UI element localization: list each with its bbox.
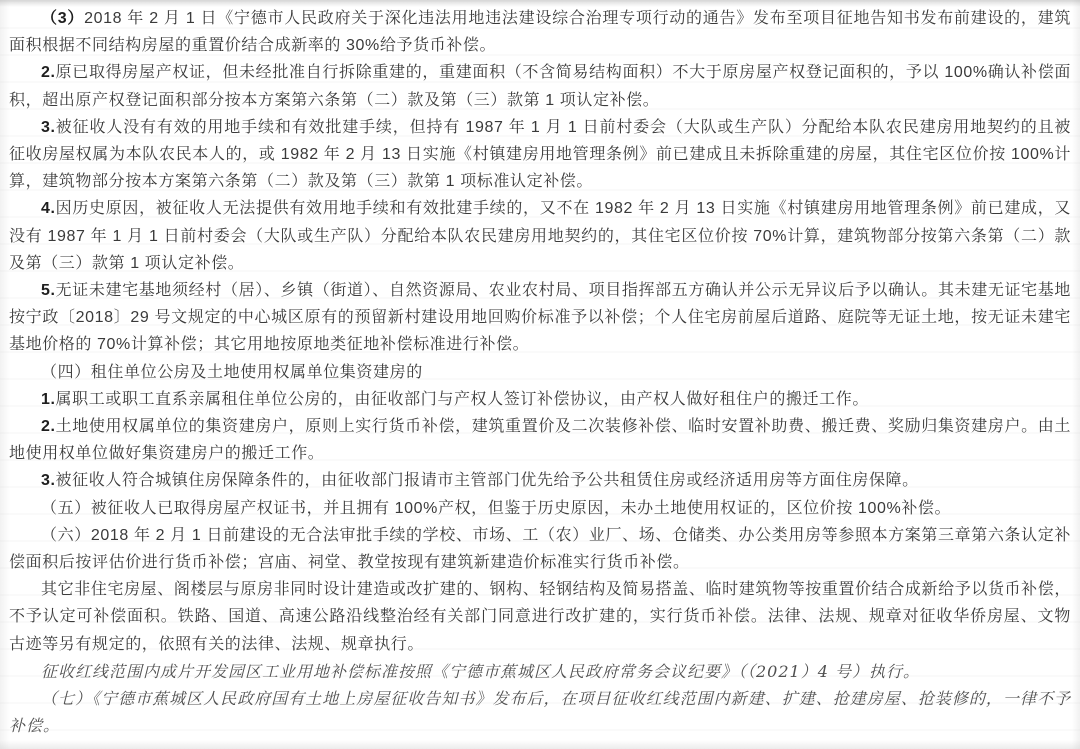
paragraph-text: 土地使用权属单位的集资建房户，原则上实行货币补偿，建筑重置价及二次装修补偿、临时… (9, 418, 1071, 462)
paragraph-text: 无证未建宅基地须经村（居）、乡镇（街道）、自然资源局、农业农村局、项目指挥部五方… (9, 282, 1071, 353)
paragraph-text: 征收红线范围内成片开发园区工业用地补偿标准按照《宁德市蕉城区人民政府常务会议纪要… (41, 662, 920, 681)
paragraph-text: 被征收人没有有效的用地手续和有效批建手续，但持有 1987 年 1 月 1 日前… (9, 119, 1071, 190)
paragraph-number: 3. (41, 472, 56, 489)
section-paragraph-5: （五）被征收人已取得房屋产权证书，并且拥有 100%产权，但鉴于历史原因，未办土… (9, 495, 1071, 522)
paragraph-number: 4. (41, 200, 56, 217)
paragraph-text: 被征收人符合城镇住房保障条件的，由征收部门报请市主管部门优先给予公共租赁住房或经… (56, 472, 919, 489)
paragraph-text: 其它非住宅房屋、阁楼层与原房非同时设计建造或改扩建的、钢构、轻钢结构及简易搭盖、… (9, 581, 1071, 652)
paragraph-other-non-residential: 其它非住宅房屋、阁楼层与原房非同时设计建造或改扩建的、钢构、轻钢结构及简易搭盖、… (9, 576, 1071, 658)
paragraph-clause-3: 3.被征收人没有有效的用地手续和有效批建手续，但持有 1987 年 1 月 1 … (9, 114, 1071, 196)
paragraph-number: 5. (41, 282, 56, 299)
paragraph-text: （四）租住单位公房及土地使用权属单位集资建房的 (41, 364, 423, 381)
paragraph-text: （五）被征收人已取得房屋产权证书，并且拥有 100%产权，但鉴于历史原因，未办土… (41, 500, 951, 517)
paragraph-clause-4-1: 1.属职工或职工直系亲属租住单位公房的，由征收部门与产权人签订补偿协议，由产权人… (9, 386, 1071, 413)
document-page: （3）2018 年 2 月 1 日《宁德市人民政府关于深化违法用地违法建设综合治… (0, 0, 1080, 739)
paragraph-item-3: （3）2018 年 2 月 1 日《宁德市人民政府关于深化违法用地违法建设综合治… (9, 5, 1071, 59)
paragraph-clause-4-3: 3.被征收人符合城镇住房保障条件的，由征收部门报请市主管部门优先给予公共租赁住房… (9, 467, 1071, 494)
paragraph-industrial-land-note: 征收红线范围内成片开发园区工业用地补偿标准按照《宁德市蕉城区人民政府常务会议纪要… (9, 658, 1071, 685)
section-heading-4: （四）租住单位公房及土地使用权属单位集资建房的 (9, 359, 1071, 386)
section-paragraph-6: （六）2018 年 2 月 1 日前建设的无合法审批手续的学校、市场、工（农）业… (9, 522, 1071, 576)
paragraph-clause-5: 5.无证未建宅基地须经村（居）、乡镇（街道）、自然资源局、农业农村局、项目指挥部… (9, 277, 1071, 359)
paragraph-text: 2018 年 2 月 1 日《宁德市人民政府关于深化违法用地违法建设综合治理专项… (9, 10, 1071, 54)
paragraph-number: 3. (41, 119, 56, 136)
paragraph-text: （七）《宁德市蕉城区人民政府国有土地上房屋征收告知书》发布后，在项目征收红线范围… (9, 689, 1071, 735)
paragraph-clause-4: 4.因历史原因，被征收人无法提供有效用地手续和有效批建手续的，又不在 1982 … (9, 195, 1071, 277)
paragraph-clause-2: 2.原已取得房屋产权证，但未经批准自行拆除重建的，重建面积（不含简易结构面积）不… (9, 59, 1071, 113)
paragraph-number: 1. (41, 391, 56, 408)
paragraph-text: 因历史原因，被征收人无法提供有效用地手续和有效批建手续的，又不在 1982 年 … (9, 200, 1071, 271)
paragraph-clause-4-2: 2.土地使用权属单位的集资建房户，原则上实行货币补偿，建筑重置价及二次装修补偿、… (9, 413, 1071, 467)
paragraph-text: 属职工或职工直系亲属租住单位公房的，由征收部门与产权人签订补偿协议，由产权人做好… (56, 391, 869, 408)
paragraph-text: （六）2018 年 2 月 1 日前建设的无合法审批手续的学校、市场、工（农）业… (9, 527, 1071, 571)
paragraph-number: （3） (41, 10, 84, 27)
section-paragraph-7: （七）《宁德市蕉城区人民政府国有土地上房屋征收告知书》发布后，在项目征收红线范围… (9, 685, 1071, 739)
paragraph-text: 原已取得房屋产权证，但未经批准自行拆除重建的，重建面积（不含简易结构面积）不大于… (9, 64, 1071, 108)
paragraph-number: 2. (41, 418, 56, 435)
paragraph-number: 2. (41, 64, 56, 81)
